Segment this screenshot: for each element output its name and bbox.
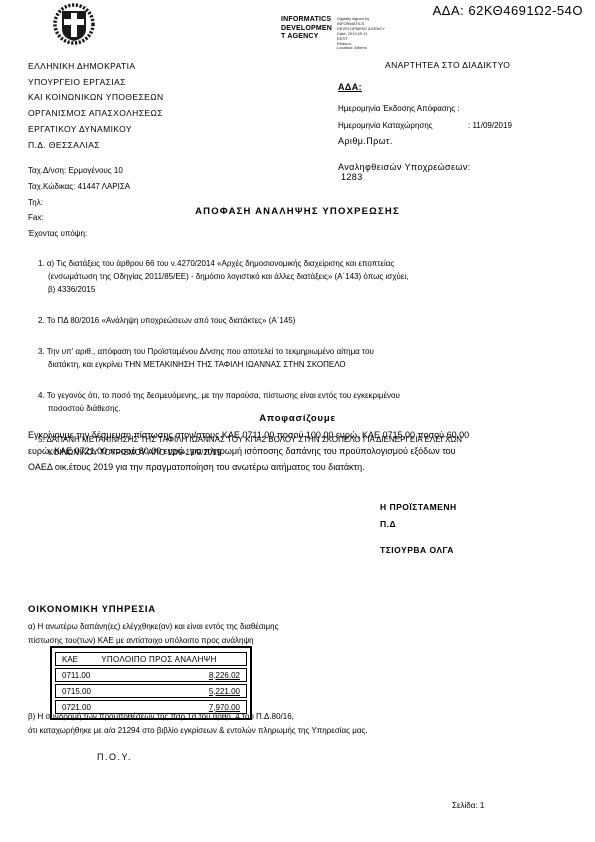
ada-number: ΑΔΑ: 62ΚΘ4691Ω2-54Ο xyxy=(433,3,583,18)
registration-date-label: Ημερομηνία Καταχώρησης xyxy=(338,121,433,130)
premises-intro: Έχοντας υπόψη: xyxy=(28,229,87,238)
digital-signature-stamp: Digitally signed by INFORMATICS DEVELOPM… xyxy=(337,17,407,51)
table-header-row: ΚΑΕ ΥΠΟΛΟΙΠΟ ΠΡΟΣ ΑΝΑΛΗΨΗ xyxy=(55,652,247,666)
balance-cell: 8,226.02 xyxy=(209,671,240,680)
kae-balance-table: ΚΑΕ ΥΠΟΛΟΙΠΟ ΠΡΟΣ ΑΝΑΛΗΨΗ 0711.00 8,226.… xyxy=(50,646,252,720)
finance-note-b: β) Η συνδρομή των προϋποθέσεων της παρ.1… xyxy=(28,710,368,738)
page-title: ΑΠΟΦΑΣΗ ΑΝΑΛΗΨΗΣ ΥΠΟΧΡΕΩΣΗΣ xyxy=(0,206,595,217)
col-header-kae: ΚΑΕ xyxy=(62,655,78,664)
informatics-agency-label: INFORMATICS DEVELOPMEN T AGENCY xyxy=(281,16,332,42)
signatory-role: Η ΠΡΟΪΣΤΑΜΕΝΗ xyxy=(380,502,457,512)
page-number: Σελίδα: 1 xyxy=(452,801,484,810)
premise-item-2: 2. Το ΠΔ 80/2016 «Ανάληψη υποχρεώσεων απ… xyxy=(38,314,562,327)
kae-cell: 0711.00 xyxy=(62,671,90,680)
registration-date-value: : 11/09/2019 xyxy=(468,121,512,130)
poy-label: Π.Ο.Υ. xyxy=(97,752,132,762)
premise-item-3: 3. Την υπ' αριθ., απόφαση του Προϊσταμέν… xyxy=(38,345,562,371)
publish-notice: ΑΝΑΡΤΗΤΕΑ ΣΤΟ ΔΙΑΔΙΚΤΥΟ xyxy=(385,60,510,70)
organization-block: ΕΛΛΗΝΙΚΗ ΔΗΜΟΚΡΑΤΙΑ ΥΠΟΥΡΓΕΙΟ ΕΡΓΑΣΙΑΣ Κ… xyxy=(28,59,164,153)
table-row: 0715.00 5,221.00 xyxy=(55,684,247,698)
finance-heading: ΟΙΚΟΝΟΜΙΚΗ ΥΠΗΡΕΣΙΑ xyxy=(28,604,156,615)
table-row: 0711.00 8,226.02 xyxy=(55,668,247,682)
signatory-name: ΤΣΙΟΥΡΒΑ ΟΛΓΑ xyxy=(380,545,454,555)
greek-coat-of-arms-icon xyxy=(52,2,96,51)
balance-cell: 5,221.00 xyxy=(209,687,240,696)
protocol-number-label: Αριθμ.Πρωτ. xyxy=(338,136,393,146)
commitments-line: Αναληφθεισών Υποχρεώσεων: 1283 xyxy=(338,152,471,182)
ada-label: ΑΔΑ: xyxy=(338,82,362,92)
premise-item-1: 1. α) Τις διατάξεις του άρθρου 66 του ν.… xyxy=(38,257,562,296)
premise-item-4: 4. Το γεγονός ότι, το ποσό της δεσμευόμε… xyxy=(38,389,562,415)
commitments-value: 1283 xyxy=(341,172,363,182)
decision-heading: Αποφασίζουμε xyxy=(0,413,595,424)
decision-body: Εγκρίνουμε την δέσμευση πίστωσης στον/στ… xyxy=(28,427,576,475)
signatory-dept: Π.Δ xyxy=(380,519,396,529)
col-header-balance: ΥΠΟΛΟΙΠΟ ΠΡΟΣ ΑΝΑΛΗΨΗ xyxy=(78,655,240,664)
issue-date-label: Ημερομηνία Έκδοσης Απόφασης : xyxy=(338,104,460,113)
kae-cell: 0715.00 xyxy=(62,687,91,696)
commitments-label: Αναληφθεισών Υποχρεώσεων: xyxy=(338,162,471,172)
document-page: INFORMATICS DEVELOPMEN T AGENCY Digitall… xyxy=(0,0,595,842)
finance-note-a: α) Η ανωτέρω δαπάνη(ες) ελέγχθηκε(αν) κα… xyxy=(28,620,278,648)
